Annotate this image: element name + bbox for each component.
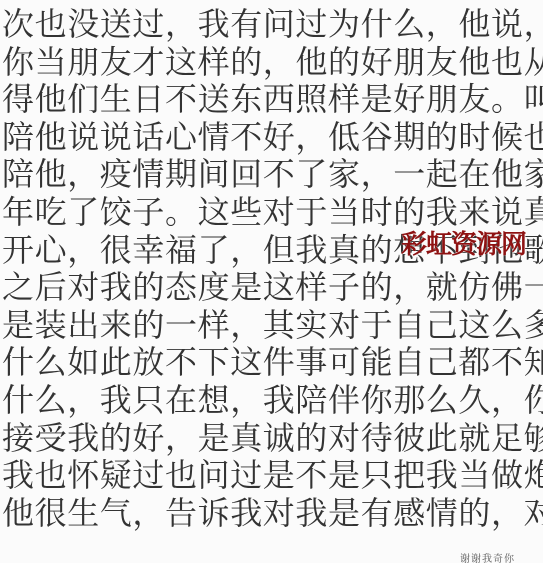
text-screenshot: 次也没送过，我有问过为什么，他说，我把 你当朋友才这样的，他的好朋友他也从不记 … <box>0 0 543 563</box>
text-line: 年吃了饺子。这些对于当时的我来说真的很 <box>2 194 543 232</box>
text-line: 得他们生日不送东西照样是好朋友。叫我去 <box>2 81 543 119</box>
text-line: 他很生气，告诉我对我是有感情的，对我也 <box>2 495 543 533</box>
text-line: 陪他，疫情期间回不了家，一起在他家里过 <box>2 156 543 194</box>
text-line: 我也怀疑过也问过是不是只把我当做炮友， <box>2 457 543 495</box>
text-line: 次也没送过，我有问过为什么，他说，我把 <box>2 6 543 44</box>
text-line: 什么如此放不下这件事可能自己都不知道为 <box>2 344 543 382</box>
text-line: 什么，我只在想，我陪伴你那么久，你也在 <box>2 382 543 420</box>
text-line: 你当朋友才这样的，他的好朋友他也从不记 <box>2 44 543 82</box>
text-line: 是装出来的一样，其实对于自己这么多年为 <box>2 307 543 345</box>
watermark: 彩虹资源网 <box>401 230 526 260</box>
text-line: 之后对我的态度是这样子的，就仿佛一切都 <box>2 269 543 307</box>
document-body: 次也没送过，我有问过为什么，他说，我把 你当朋友才这样的，他的好朋友他也从不记 … <box>2 6 543 532</box>
footer-credit: 谢谢我奇你 <box>460 555 515 563</box>
text-line: 陪他说说话心情不好，低谷期的时候也会去 <box>2 119 543 157</box>
text-line: 接受我的好，是真诚的对待彼此就足够了， <box>2 420 543 458</box>
